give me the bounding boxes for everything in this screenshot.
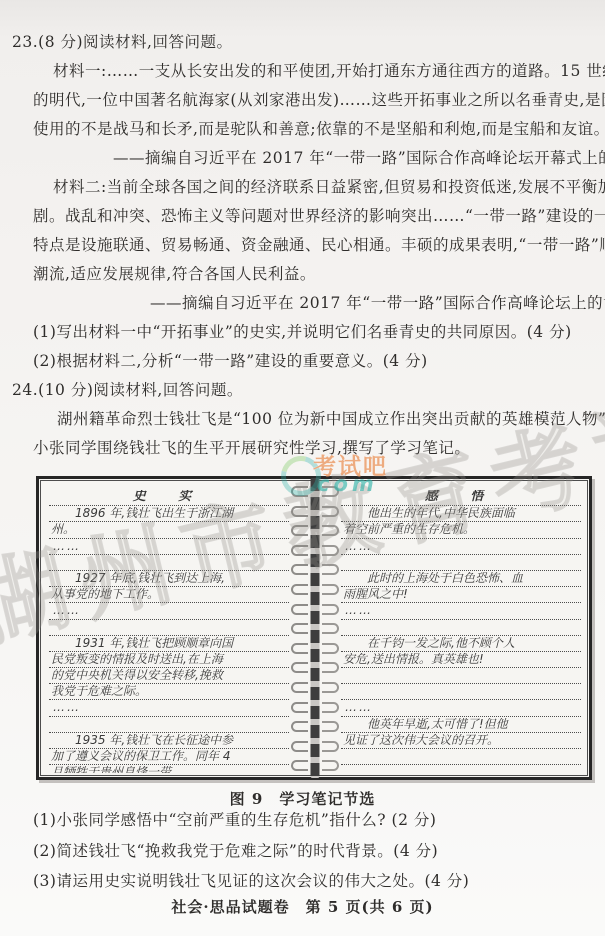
notebook-row: 我党于危难之际。 [49, 684, 289, 700]
page-footer: 社会·思品试题卷 第 5 页(共 6 页) [0, 896, 605, 917]
spiral-ring-icon [289, 740, 341, 750]
spiral-ring-icon [289, 544, 341, 554]
notebook-row: 见证了这次伟大会议的召开。 [341, 733, 581, 749]
notebook-row: 加了遵义会议的保卫工作。同年 4 [49, 749, 289, 765]
spiral-ring-icon [289, 622, 341, 632]
notebook-row [49, 620, 289, 636]
notebook-row: 1935 年,钱壮飞在长征途中参 [49, 733, 289, 749]
notebook-row: 此时的上海处于白色恐怖、血 [341, 571, 581, 587]
q23-material1-line: 材料一:……一支从长安出发的和平使团,开始打通东方通往西方的道路。15 世纪初 [53, 57, 605, 86]
spiral-ring-icon [289, 661, 341, 671]
spiral-ring-icon [289, 524, 341, 534]
spiral-ring-icon [289, 681, 341, 691]
notebook-row [341, 668, 581, 684]
notebook-left-page: 史 实1896 年,钱壮飞出生于浙江湖州。……1927 年底,钱壮飞到达上海,从… [49, 484, 289, 773]
notebook-row: 1931 年,钱壮飞把顾顺章向国 [49, 636, 289, 652]
spiral-ring-icon [289, 603, 341, 613]
q23-material1-line: 使用的不是战马和长矛,而是驼队和善意;依靠的不是坚船和利炮,而是宝船和友谊。 [33, 115, 605, 144]
notebook-row: …… [341, 603, 581, 619]
q24-header: 24.(10 分)阅读材料,回答问题。 [12, 376, 605, 405]
notebook-row [341, 555, 581, 571]
notebook-row: …… [341, 700, 581, 716]
exam-page: 23.(8 分)阅读材料,回答问题。 材料一:……一支从长安出发的和平使团,开始… [0, 0, 605, 936]
notebook-figure: 史 实1896 年,钱壮飞出生于浙江湖州。……1927 年底,钱壮飞到达上海,从… [36, 476, 592, 780]
q23-material2-line: 潮流,适应发展规律,符合各国人民利益。 [33, 260, 605, 289]
q23-material2-line: 特点是设施联通、贸易畅通、资金融通、民心相通。丰硕的成果表明,“一带一路”顺应时… [33, 231, 605, 260]
q23-subquestion-2: (2)根据材料二,分析“一带一路”建设的重要意义。(4 分) [33, 347, 605, 376]
notebook-column-title: 史 实 [49, 490, 289, 506]
spiral-ring-icon [289, 505, 341, 515]
q23-material1-line: 的明代,一位中国著名航海家(从刘家港出发)……这些开拓事业之所以名垂青史,是因为 [33, 86, 605, 115]
q23-material2-source: ——摘编自习近平在 2017 年“一带一路”国际合作高峰论坛上的讲话 [150, 289, 605, 318]
notebook-row [341, 749, 581, 765]
q23-header: 23.(8 分)阅读材料,回答问题。 [12, 28, 605, 57]
q24-intro-line: 湖州籍革命烈士钱壮飞是“100 位为新中国成立作出突出贡献的英雄模范人物”之一, [57, 405, 605, 434]
q23-material2-line: 材料二:当前全球各国之间的经济联系日益紧密,但贸易和投资低迷,发展不平衡加 [53, 173, 605, 202]
notebook-row [49, 555, 289, 571]
exam-body-text: 23.(8 分)阅读材料,回答问题。 材料一:……一支从长安出发的和平使团,开始… [0, 28, 605, 463]
spiral-ring-icon [289, 563, 341, 573]
notebook-spiral-binding [289, 484, 341, 773]
spiral-ring-icon [289, 720, 341, 730]
q23-material1-source: ——摘编自习近平在 2017 年“一带一路”国际合作高峰论坛开幕式上的演讲 [113, 144, 605, 173]
notebook-row: …… [49, 700, 289, 716]
q24-subquestion-3: (3)请运用史实说明钱壮飞见证的这次会议的伟大之处。(4 分) [33, 866, 605, 897]
notebook-row: 月牺牲于贵州息烽一带。 [49, 765, 289, 773]
notebook-row: 雨腥风之中! [341, 587, 581, 603]
notebook-row: 在千钧一发之际,他不顾个人 [341, 636, 581, 652]
notebook-row: 从事党的地下工作。 [49, 587, 289, 603]
q23-material2-line: 剧。战乱和冲突、恐怖主义等问题对世界经济的影响突出……“一带一路”建设的一个鲜明 [33, 202, 605, 231]
notebook-row: 安危,送出情报。真英雄也! [341, 652, 581, 668]
notebook-row: 1896 年,钱壮飞出生于浙江湖 [49, 506, 289, 522]
q24-subquestion-2: (2)简述钱壮飞“挽救我党于危难之际”的时代背景。(4 分) [33, 836, 605, 867]
notebook-row [341, 684, 581, 700]
notebook-row: …… [341, 539, 581, 555]
notebook-row: 着空前严重的生存危机。 [341, 522, 581, 538]
notebook-row: 的党中央机关得以安全转移,挽救 [49, 668, 289, 684]
notebook-row: 1927 年底,钱壮飞到达上海, [49, 571, 289, 587]
notebook-frame: 史 实1896 年,钱壮飞出生于浙江湖州。……1927 年底,钱壮飞到达上海,从… [40, 480, 588, 776]
notebook-row: …… [49, 603, 289, 619]
spiral-ring-icon [289, 701, 341, 711]
notebook-row: 他出生的年代,中华民族面临 [341, 506, 581, 522]
spiral-ring-icon [289, 583, 341, 593]
q24-subquestions: (1)小张同学感悟中“空前严重的生存危机”指什么? (2 分) (2)简述钱壮飞… [0, 805, 605, 897]
notebook-right-page: 感 悟他出生的年代,中华民族面临着空前严重的生存危机。……此时的上海处于白色恐怖… [341, 484, 581, 773]
q24-intro-line: 小张同学围绕钱壮飞的生平开展研究性学习,撰写了学习笔记。 [33, 434, 605, 463]
spiral-ring-icon [289, 485, 341, 495]
q24-subquestion-1: (1)小张同学感悟中“空前严重的生存危机”指什么? (2 分) [33, 805, 605, 836]
notebook-row: …… [49, 539, 289, 555]
notebook-column-title: 感 悟 [341, 490, 581, 506]
notebook-row [341, 620, 581, 636]
spiral-ring-icon [289, 642, 341, 652]
spiral-ring-icon [289, 759, 341, 769]
notebook-row [49, 717, 289, 733]
q23-subquestion-1: (1)写出材料一中“开拓事业”的史实,并说明它们名垂青史的共同原因。(4 分) [33, 318, 605, 347]
notebook-row: 他英年早逝,太可惜了!但他 [341, 717, 581, 733]
notebook-row: 州。 [49, 522, 289, 538]
notebook-row: 民党叛变的情报及时送出,在上海 [49, 652, 289, 668]
